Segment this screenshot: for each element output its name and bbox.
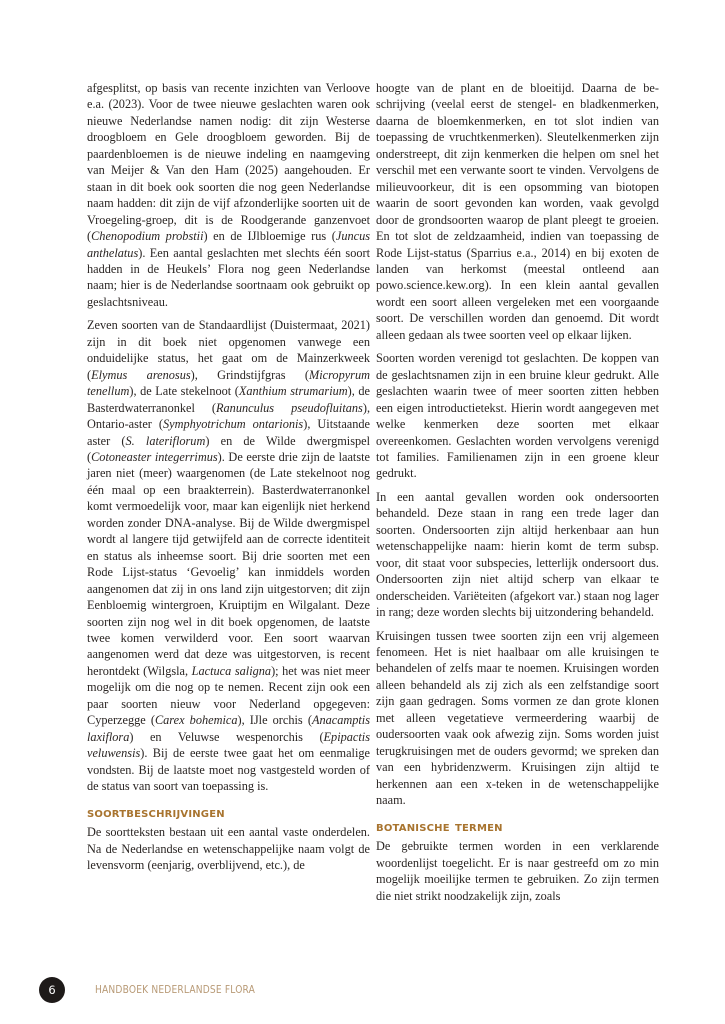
scientific-name: Xanthium stru­marium	[239, 384, 348, 398]
paragraph-species-descriptions: De soortteksten bestaan uit een aantal v…	[87, 824, 370, 873]
scientific-name: Lactuca saligna	[192, 664, 271, 678]
scientific-name: Symphyotrichum ontarionis	[163, 417, 303, 431]
scientific-name: Cotoneaster integerrimus	[91, 450, 218, 464]
scientific-name: Chenopodium probstii	[91, 229, 203, 243]
right-column: hoogte van de plant en de bloeitijd. Daa…	[376, 80, 659, 911]
scientific-name: Carex bohemica	[155, 713, 238, 727]
paragraph-subspecies: In een aantal gevallen worden ook onders…	[376, 489, 659, 621]
paragraph-hybrids: Kruisingen tussen twee soorten zijn een …	[376, 628, 659, 809]
section-heading-soortbeschrijvingen: Soortbeschrijvingen	[87, 805, 370, 822]
scientific-name: Elymus arenosus	[91, 368, 191, 382]
paragraph-new-genera: afgesplitst, op basis van recente inzich…	[87, 80, 370, 310]
paragraph-botanical-terms: De gebruikte termen worden in een verkla…	[376, 838, 659, 904]
paragraph-excluded-species: Zeven soorten van de Standaardlijst (Dui…	[87, 317, 370, 794]
paragraph-genera: Soorten worden verenigd tot geslachten. …	[376, 350, 659, 482]
left-column: afgesplitst, op basis van recente inzich…	[87, 80, 370, 881]
section-heading-botanische-termen: Botanische termen	[376, 819, 659, 836]
scientific-name: Ranunculus pseudofluitans	[216, 401, 363, 415]
page-footer: 6 HANDBOEK NEDERLANDSE FLORA	[39, 977, 281, 1003]
running-title: HANDBOEK NEDERLANDSE FLORA	[95, 984, 255, 996]
page-number-badge: 6	[39, 977, 65, 1003]
paragraph-description-structure: hoogte van de plant en de bloeitijd. Daa…	[376, 80, 659, 343]
scientific-name: S. lateriflorum	[126, 434, 206, 448]
